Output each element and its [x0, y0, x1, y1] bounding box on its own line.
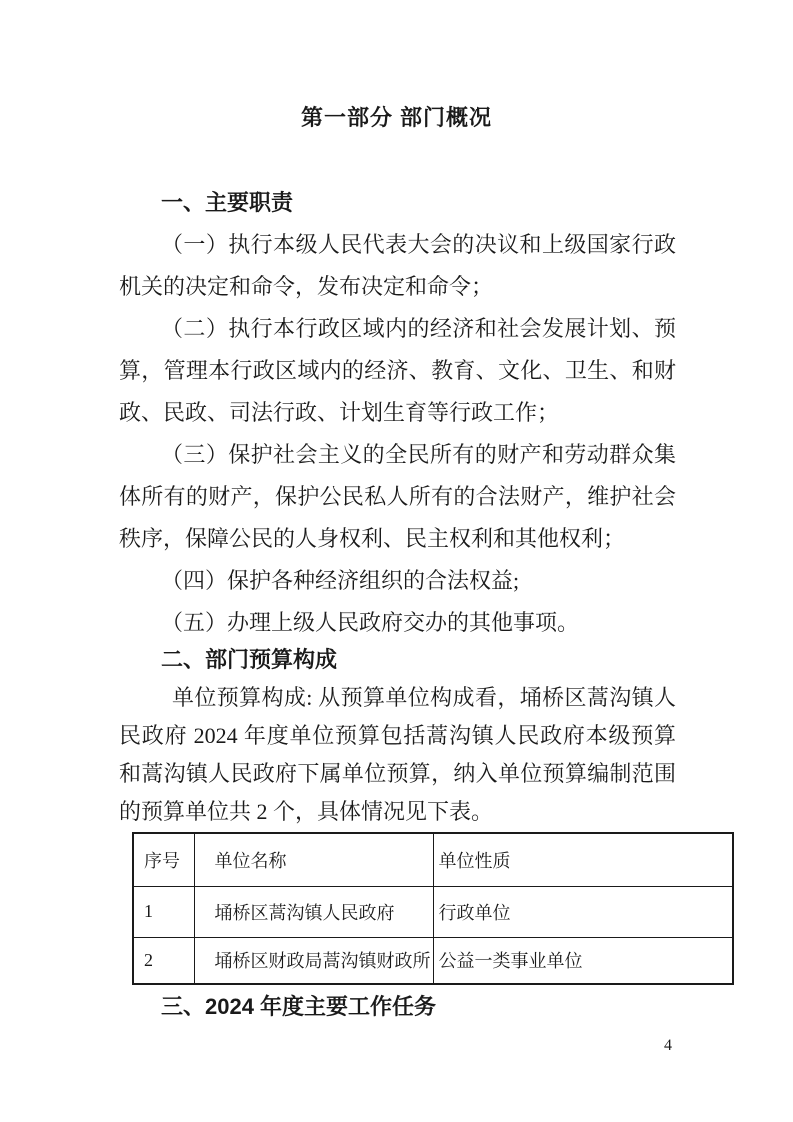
table-cell-unit-name: 埇桥区财政局蒿沟镇财政所 [194, 937, 433, 984]
paragraph-duty-3: （三）保护社会主义的全民所有的财产和劳动群众集体所有的财产，保护公民私人所有的合… [119, 434, 676, 560]
paragraph-duty-4: （四）保护各种经济组织的合法权益; [119, 560, 676, 602]
paragraph-budget-composition: 单位预算构成: 从预算单位构成看，埇桥区蒿沟镇人民政府 2024 年度单位预算包… [119, 679, 676, 831]
table-cell-unit-type: 公益一类事业单位 [433, 937, 733, 984]
document-title: 第一部分 部门概况 [0, 103, 793, 133]
table-header-unit-name: 单位名称 [194, 833, 433, 886]
paragraph-duty-2: （二）执行本行政区域内的经济和社会发展计划、预算，管理本行政区域内的经济、教育、… [119, 308, 676, 434]
table-header-unit-type: 单位性质 [433, 833, 733, 886]
table-header-row: 序号 单位名称 单位性质 [133, 833, 733, 886]
table-cell-index: 1 [133, 886, 194, 937]
table-cell-index: 2 [133, 937, 194, 984]
document-page: 第一部分 部门概况 一、主要职责 （一）执行本级人民代表大会的决议和上级国家行政… [0, 0, 793, 1122]
table-row: 1 埇桥区蒿沟镇人民政府 行政单位 [133, 886, 733, 937]
table-header-index: 序号 [133, 833, 194, 886]
table-row: 2 埇桥区财政局蒿沟镇财政所 公益一类事业单位 [133, 937, 733, 984]
table-cell-unit-type: 行政单位 [433, 886, 733, 937]
page-number: 4 [655, 1036, 681, 1056]
section-heading-main-duties: 一、主要职责 [119, 182, 676, 224]
budget-units-table: 序号 单位名称 单位性质 1 埇桥区蒿沟镇人民政府 行政单位 2 埇桥区财政局蒿… [132, 832, 734, 985]
table-cell-unit-name: 埇桥区蒿沟镇人民政府 [194, 886, 433, 937]
section-heading-budget-composition: 二、部门预算构成 [119, 641, 676, 679]
paragraph-duty-1: （一）执行本级人民代表大会的决议和上级国家行政机关的决定和命令，发布决定和命令； [119, 224, 676, 308]
section-heading-work-tasks: 三、2024 年度主要工作任务 [119, 988, 676, 1026]
paragraph-duty-5: （五）办理上级人民政府交办的其他事项。 [119, 602, 676, 644]
